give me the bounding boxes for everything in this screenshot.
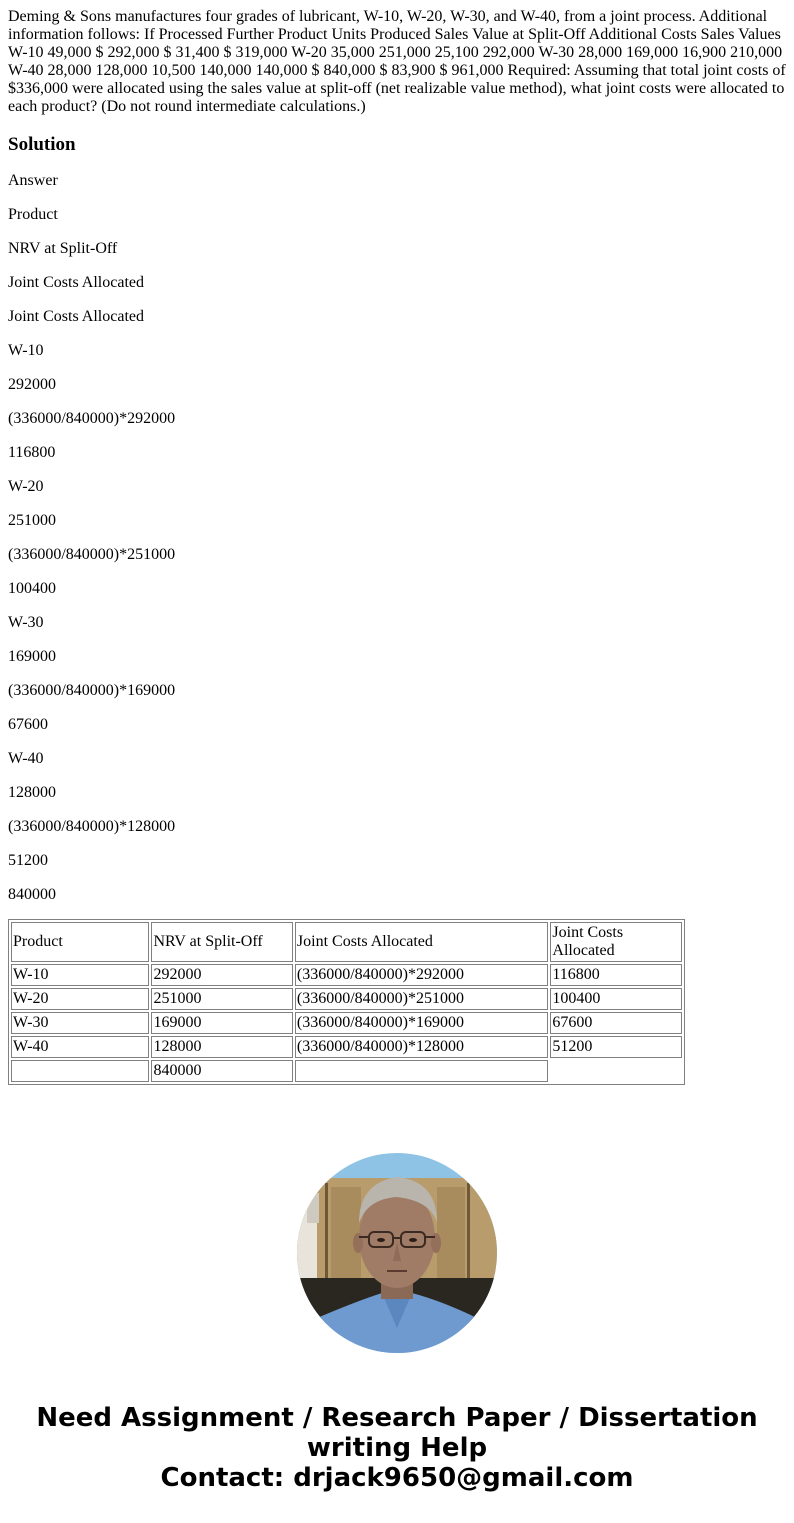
table-cell: (336000/840000)*169000 — [295, 1012, 548, 1034]
table-cell: W-40 — [11, 1036, 149, 1058]
promo-banner: Need Assignment / Research Paper / Disse… — [0, 1403, 794, 1493]
paragraph: 51200 — [8, 852, 786, 870]
paragraph: NRV at Split-Off — [8, 240, 786, 258]
paragraph: W-10 — [8, 342, 786, 360]
header-cell: Product — [11, 922, 149, 962]
paragraph: 67600 — [8, 716, 786, 734]
paragraph: (336000/840000)*169000 — [8, 682, 786, 700]
table-cell: 51200 — [550, 1036, 682, 1058]
solution-heading: Solution — [8, 134, 786, 156]
paragraph: Answer — [8, 172, 786, 190]
contact-email: Contact: drjack9650@gmail.com — [0, 1463, 794, 1493]
paragraph: Joint Costs Allocated — [8, 274, 786, 292]
header-cell: Joint Costs Allocated — [295, 922, 548, 962]
table-row: W-40 128000 (336000/840000)*128000 51200 — [11, 1036, 682, 1058]
table-cell: W-10 — [11, 964, 149, 986]
promo-line: Need Assignment / Research Paper / Disse… — [0, 1403, 794, 1433]
table-cell — [295, 1060, 548, 1082]
header-cell: Joint Costs Allocated — [550, 922, 682, 962]
paragraph: W-20 — [8, 478, 786, 496]
paragraph: 292000 — [8, 376, 786, 394]
paragraph: 169000 — [8, 648, 786, 666]
paragraph: (336000/840000)*128000 — [8, 818, 786, 836]
question-text: Deming & Sons manufactures four grades o… — [8, 8, 786, 116]
paragraph: W-40 — [8, 750, 786, 768]
table-header-row: Product NRV at Split-Off Joint Costs All… — [11, 922, 682, 962]
paragraph: W-30 — [8, 614, 786, 632]
paragraph: 100400 — [8, 580, 786, 598]
table-row: W-10 292000 (336000/840000)*292000 11680… — [11, 964, 682, 986]
table-cell: 116800 — [550, 964, 682, 986]
paragraph: (336000/840000)*292000 — [8, 410, 786, 428]
table-total-row: 840000 — [11, 1060, 682, 1082]
table-cell: 251000 — [151, 988, 292, 1010]
table-cell: (336000/840000)*292000 — [295, 964, 548, 986]
table-cell: W-30 — [11, 1012, 149, 1034]
paragraph: 116800 — [8, 444, 786, 462]
empty-cell — [550, 1060, 682, 1082]
paragraph: Joint Costs Allocated — [8, 308, 786, 326]
promo-line: writing Help — [0, 1433, 794, 1463]
table-cell: 100400 — [550, 988, 682, 1010]
paragraph: (336000/840000)*251000 — [8, 546, 786, 564]
table-cell: 128000 — [151, 1036, 292, 1058]
author-avatar — [297, 1153, 497, 1353]
joint-cost-allocation-table: Product NRV at Split-Off Joint Costs All… — [8, 919, 685, 1085]
answer-paragraphs: Answer Product NRV at Split-Off Joint Co… — [8, 172, 786, 904]
document-body: Deming & Sons manufactures four grades o… — [0, 0, 794, 1085]
table-cell — [11, 1060, 149, 1082]
table-row: W-30 169000 (336000/840000)*169000 67600 — [11, 1012, 682, 1034]
paragraph: 128000 — [8, 784, 786, 802]
table-cell: (336000/840000)*251000 — [295, 988, 548, 1010]
table-row: W-20 251000 (336000/840000)*251000 10040… — [11, 988, 682, 1010]
header-cell: NRV at Split-Off — [151, 922, 292, 962]
paragraph: 251000 — [8, 512, 786, 530]
paragraph: Product — [8, 206, 786, 224]
paragraph: 840000 — [8, 886, 786, 904]
table-cell: 67600 — [550, 1012, 682, 1034]
table-cell: 292000 — [151, 964, 292, 986]
table-cell: 169000 — [151, 1012, 292, 1034]
table-cell: (336000/840000)*128000 — [295, 1036, 548, 1058]
person-photo-icon — [297, 1153, 497, 1353]
total-nrv-cell: 840000 — [151, 1060, 292, 1082]
table-cell: W-20 — [11, 988, 149, 1010]
